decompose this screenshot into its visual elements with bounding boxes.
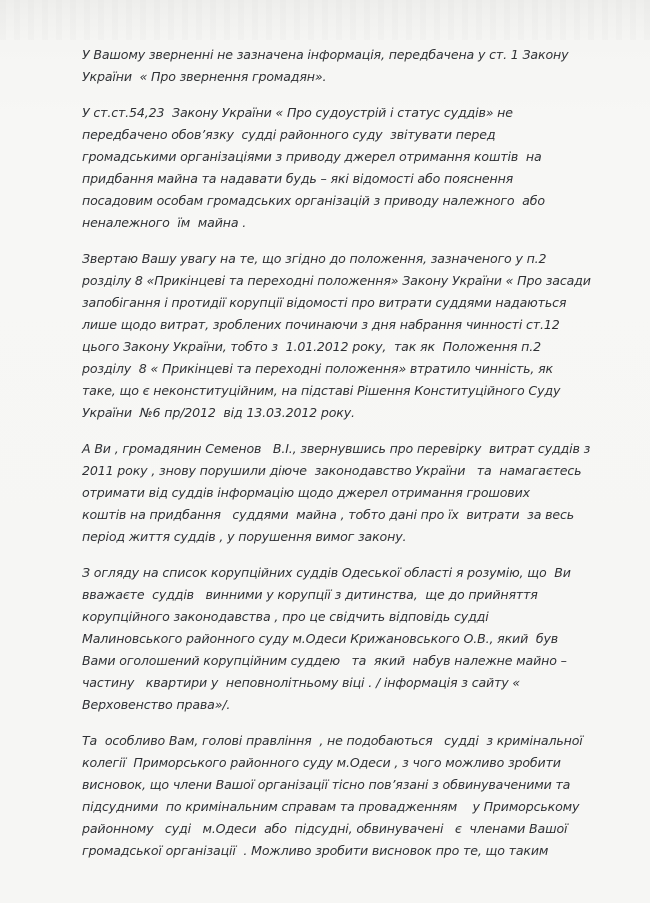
- scanned-page: У Вашому зверненні не зазначена інформац…: [0, 0, 650, 903]
- text-line: підсудними по кримінальним справам та пр…: [82, 796, 622, 818]
- paragraph-4: А Ви , громадянин Семенов В.І., звернувш…: [82, 438, 622, 548]
- text-line: придбання майна та надавати будь – які в…: [82, 168, 622, 190]
- text-line: посадовим особам громадських організацій…: [82, 190, 622, 212]
- text-line: період життя суддів , у порушення вимог …: [82, 526, 622, 548]
- text-line: Та особливо Вам, голові правління , не п…: [82, 730, 622, 752]
- text-line: 2011 року , знову порушили діюче законод…: [82, 460, 622, 482]
- paragraph-1: У Вашому зверненні не зазначена інформац…: [82, 44, 622, 88]
- text-line: України №6 пр/2012 від 13.03.2012 року.: [82, 402, 622, 424]
- text-line: отримати від суддів інформацію щодо джер…: [82, 482, 622, 504]
- text-line: неналежного їм майна .: [82, 212, 622, 234]
- text-line: колегії Приморського районного суду м.Од…: [82, 752, 622, 774]
- paragraph-2: У ст.ст.54,23 Закону України « Про судоу…: [82, 102, 622, 234]
- text-line: частину квартири у неповнолітньому віці …: [82, 672, 622, 694]
- text-line: районному суді м.Одеси або підсудні, обв…: [82, 818, 622, 840]
- text-line: У ст.ст.54,23 Закону України « Про судоу…: [82, 102, 622, 124]
- text-line: Вами оголошений корупційним суддею та як…: [82, 650, 622, 672]
- text-line: корупційного законодавства , про це свід…: [82, 606, 622, 628]
- paragraph-6: Та особливо Вам, голові правління , не п…: [82, 730, 622, 862]
- text-line: вважаєте суддів винними у корупції з дит…: [82, 584, 622, 606]
- text-line: передбачено обов’язку судді районного су…: [82, 124, 622, 146]
- text-line: А Ви , громадянин Семенов В.І., звернувш…: [82, 438, 622, 460]
- paragraph-3: Звертаю Вашу увагу на те, що згідно до п…: [82, 248, 622, 424]
- text-line: цього Закону України, тобто з 1.01.2012 …: [82, 336, 622, 358]
- text-line: Малиновського районного суду м.Одеси Кри…: [82, 628, 622, 650]
- text-line: громадської організації . Можливо зробит…: [82, 840, 622, 862]
- text-line: коштів на придбання суддями майна , тобт…: [82, 504, 622, 526]
- text-line: З огляду на список корупційних суддів Од…: [82, 562, 622, 584]
- text-line: висновок, що члени Вашої організації тіс…: [82, 774, 622, 796]
- text-line: розділу 8 «Прикінцеві та переходні полож…: [82, 270, 622, 292]
- text-line: розділу 8 « Прикінцеві та переходні поло…: [82, 358, 622, 380]
- text-line: Звертаю Вашу увагу на те, що згідно до п…: [82, 248, 622, 270]
- text-line: У Вашому зверненні не зазначена інформац…: [82, 44, 622, 66]
- letter-body: У Вашому зверненні не зазначена інформац…: [82, 44, 622, 876]
- text-line: України « Про звернення громадян».: [82, 66, 622, 88]
- text-line: запобігання і протидії корупції відомост…: [82, 292, 622, 314]
- scan-bleed-through: [0, 0, 650, 40]
- text-line: Верховенство права»/.: [82, 694, 622, 716]
- text-line: таке, що є неконституційним, на підставі…: [82, 380, 622, 402]
- text-line: лише щодо витрат, зроблених починаючи з …: [82, 314, 622, 336]
- paragraph-5: З огляду на список корупційних суддів Од…: [82, 562, 622, 716]
- text-line: громадськими організаціями з приводу дже…: [82, 146, 622, 168]
